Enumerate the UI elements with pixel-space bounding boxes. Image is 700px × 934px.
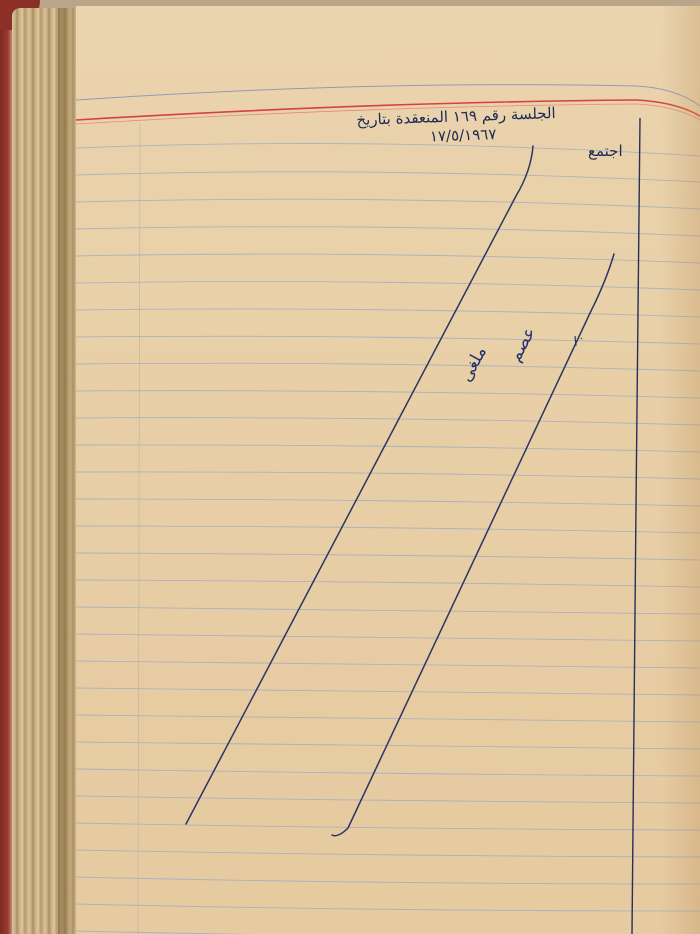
page-curl-shade xyxy=(660,6,700,934)
ledger-page: الجلسة رقم ١٦٩ المنعقدة بتاريخ ١٧/٥/١٩٦٧… xyxy=(76,6,700,934)
attended-column-label: اجتمع xyxy=(588,142,623,160)
binding-shadow xyxy=(58,8,78,934)
